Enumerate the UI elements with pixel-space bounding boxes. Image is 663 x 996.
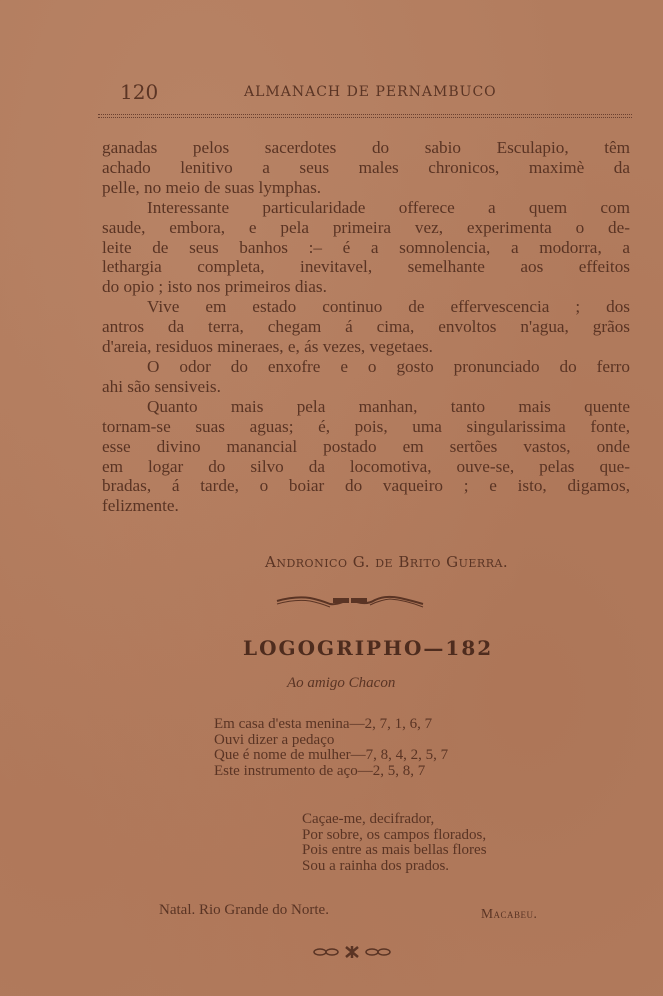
text-line: ahi são sensiveis. bbox=[102, 377, 630, 397]
verse-line: Caçae-me, decifrador, bbox=[302, 812, 487, 828]
book-page: 120 ALMANACH DE PERNAMBUCO ganadas pelos… bbox=[0, 0, 663, 996]
puzzle-title: LOGOGRIPHO—182 bbox=[243, 636, 493, 660]
text-line: em logar do silvo da locomotiva, ouve-se… bbox=[102, 457, 630, 477]
verse-line: Por sobre, os campos florados, bbox=[302, 828, 487, 844]
text-line: lethargia completa, inevitavel, semelhan… bbox=[102, 257, 630, 277]
text-line: bradas, á tarde, o boiar do vaqueiro ; e… bbox=[102, 476, 630, 496]
text-line: ganadas pelos sacerdotes do sabio Escula… bbox=[102, 138, 630, 158]
text-line: tornam-se suas aguas; é, pois, uma singu… bbox=[102, 417, 630, 437]
page-header: 120 ALMANACH DE PERNAMBUCO bbox=[112, 80, 632, 104]
page-number: 120 bbox=[120, 80, 158, 104]
puzzle-place: Natal. Rio Grande do Norte. bbox=[159, 902, 329, 919]
text-line: Interessante particularidade offerece a … bbox=[102, 198, 630, 218]
ornament-divider-icon bbox=[275, 592, 425, 608]
verse-line: Este instrumento de aço—2, 5, 8, 7 bbox=[214, 764, 448, 780]
text-line: achado lenitivo a seus males chronicos, … bbox=[102, 158, 630, 178]
text-line: saude, embora, e pela primeira vez, expe… bbox=[102, 218, 630, 238]
text-line: do opio ; isto nos primeiros dias. bbox=[102, 277, 630, 297]
article-body: ganadas pelos sacerdotes do sabio Escula… bbox=[102, 138, 630, 516]
verse-line: Em casa d'esta menina—2, 7, 1, 6, 7 bbox=[214, 717, 448, 733]
puzzle-author: Macabeu. bbox=[481, 906, 537, 922]
text-line: felizmente. bbox=[102, 496, 630, 516]
verse-line: Que é nome de mulher—7, 8, 4, 2, 5, 7 bbox=[214, 748, 448, 764]
ornament-end-icon bbox=[312, 945, 392, 959]
puzzle-dedication: Ao amigo Chacon bbox=[287, 675, 395, 692]
text-line: leite de seus banhos :– é a somnolencia,… bbox=[102, 238, 630, 258]
text-line: Vive em estado continuo de effervescenci… bbox=[102, 297, 630, 317]
text-line: esse divino manancial postado em sertões… bbox=[102, 437, 630, 457]
text-line: antros da terra, chegam á cima, envoltos… bbox=[102, 317, 630, 337]
article-signature: Andronico G. de Brito Guerra. bbox=[265, 553, 508, 571]
text-line: pelle, no meio de suas lymphas. bbox=[102, 178, 630, 198]
verse-line: Ouvi dizer a pedaço bbox=[214, 733, 448, 749]
text-line: O odor do enxofre e o gosto pronunciado … bbox=[102, 357, 630, 377]
puzzle-stanza-2: Caçae-me, decifrador, Por sobre, os camp… bbox=[302, 812, 487, 874]
puzzle-stanza-1: Em casa d'esta menina—2, 7, 1, 6, 7 Ouvi… bbox=[214, 717, 448, 779]
text-line: d'areia, residuos mineraes, e, ás vezes,… bbox=[102, 337, 630, 357]
running-head: ALMANACH DE PERNAMBUCO bbox=[244, 84, 497, 100]
header-rule bbox=[98, 114, 632, 118]
verse-line: Sou a rainha dos prados. bbox=[302, 859, 487, 875]
text-line: Quanto mais pela manhan, tanto mais quen… bbox=[102, 397, 630, 417]
verse-line: Pois entre as mais bellas flores bbox=[302, 843, 487, 859]
